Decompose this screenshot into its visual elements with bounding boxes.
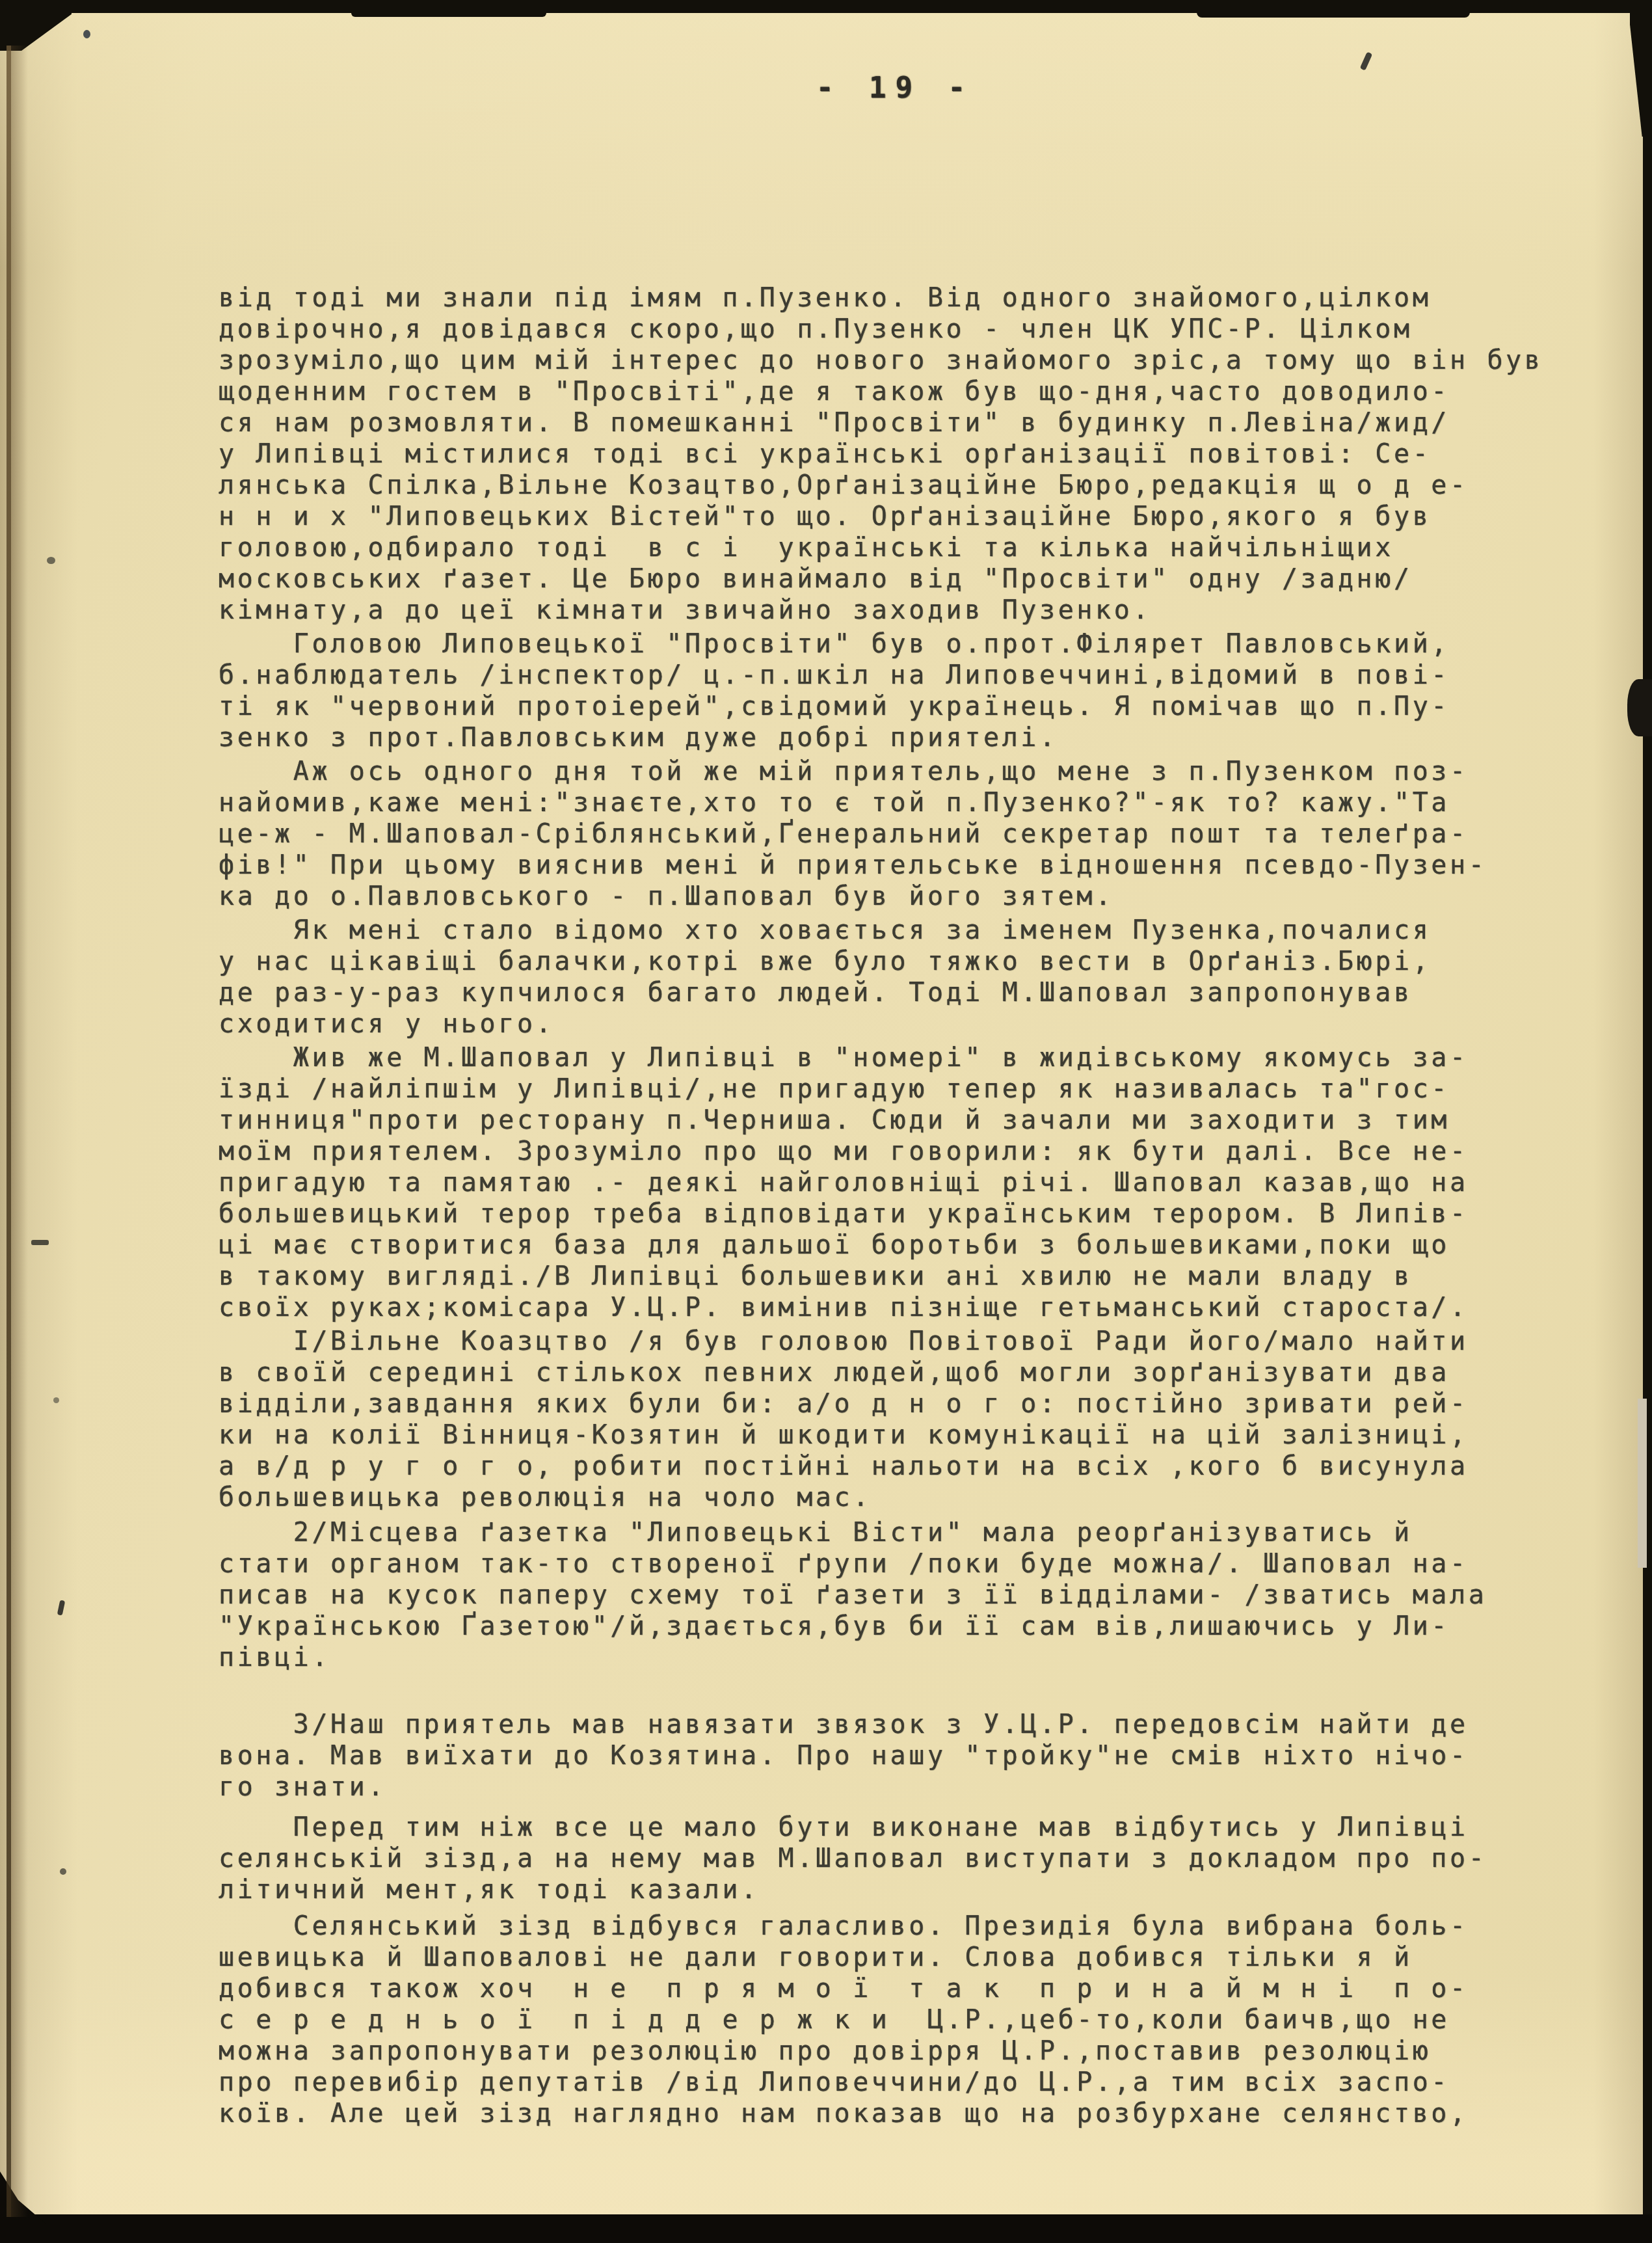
scan-edge-top-bump (1197, 12, 1470, 18)
text-line: тинниця"проти ресторану п.Черниша. Сюди … (219, 1105, 1558, 1136)
scan-edge-top-bump (351, 12, 546, 17)
page-fold-shadow (11, 46, 28, 2217)
text-line: про перевибір депутатів /від Липовеччини… (219, 2067, 1558, 2098)
text-line: це-ж - М.Шаповал-Сріблянський,Ґенеральни… (219, 818, 1558, 850)
text-line: Жив же М.Шаповал у Липівці в "номері" в … (219, 1042, 1558, 1073)
text-line: шевицька й Шаповалові не дали говорити. … (219, 1942, 1558, 1973)
text-line: лянська Спілка,Вільне Козацтво,Орґанізац… (219, 470, 1558, 501)
text-line: найомив,каже мені:"знаєте,хто то є той п… (219, 787, 1558, 818)
text-line: селянській зізд,а на нему мав М.Шаповал … (219, 1843, 1558, 1874)
scan-edge-top (0, 0, 1652, 13)
text-line: большевицька революція на чоло мас. (219, 1482, 1558, 1513)
text-line: у Липівці містилися тоді всі українські … (219, 438, 1558, 470)
text-line: зенко з прот.Павловським дуже добрі прия… (219, 722, 1558, 753)
text-line: а в/д р у г о г о, робити постійні нальо… (219, 1451, 1558, 1482)
text-line: го знати. (219, 1771, 1558, 1803)
text-line: щоденним гостем в "Просвіті",де я також … (219, 376, 1558, 407)
text-line: довірочно,я довідався скоро,що п.Пузенко… (219, 314, 1558, 345)
text-line: стати органом так-то створеної ґрупи /по… (219, 1548, 1558, 1579)
text-line: Як мені стало відомо хто ховається за ім… (219, 915, 1558, 946)
text-line: можна запропонувати резолюцію про довірр… (219, 2035, 1558, 2067)
page-number: - 19 - (816, 72, 974, 105)
text-line: большевицький терор треба відповідати ук… (219, 1198, 1558, 1229)
text-line: від тоді ми знали під імям п.Пузенко. Ві… (219, 282, 1558, 314)
ink-speck (60, 1868, 66, 1875)
text-line: півці. (219, 1642, 1558, 1673)
scan-edge-sliver (1638, 1399, 1647, 1568)
text-line: зрозуміло,що цим мій інтерес до нового з… (219, 345, 1558, 376)
text-line: добився також хоч н е п р я м о ї т а к … (219, 1973, 1558, 2004)
ink-speck (31, 1240, 49, 1245)
text-line: своїх руках;комісара У.Ц.Р. вимінив пізн… (219, 1292, 1558, 1323)
text-line: Перед тим ніж все це мало бути виконане … (219, 1812, 1558, 1843)
text-line: їзді /найліпшім у Липівці/,не пригадую т… (219, 1073, 1558, 1105)
text-line: у нас цікавіщі балачки,котрі вже було тя… (219, 946, 1558, 977)
text-line: 2/Місцева ґазетка "Липовецькі Вісти" мал… (219, 1517, 1558, 1548)
text-line: ка до о.Павловського - п.Шаповал був йог… (219, 881, 1558, 912)
text-line: ті як "червоний протоіерей",свідомий укр… (219, 691, 1558, 722)
text-line: Головою Липовецької "Просвіти" був о.про… (219, 628, 1558, 660)
text-line: ки на колії Вінниця-Козятин й шкодити ко… (219, 1419, 1558, 1451)
text-line: фів!" При цьому вияснив мені й приятельс… (219, 850, 1558, 881)
text-line: 3/Наш приятель мав навязати звязок з У.Ц… (219, 1709, 1558, 1740)
ink-speck (57, 1600, 66, 1615)
text-line: кімнату,а до цеї кімнати звичайно заходи… (219, 595, 1558, 626)
text-line: коїв. Але цей зізд наглядно нам показав … (219, 2098, 1558, 2129)
text-line: ся нам розмовляти. В помешканні "Просвіт… (219, 407, 1558, 438)
text-line: в своїй середині стількох певних людей,щ… (219, 1357, 1558, 1388)
text-line: н н и х "Липовецьких Вістей"то що. Орґан… (219, 501, 1558, 532)
text-line: моїм приятелем. Зрозуміло про що ми гово… (219, 1136, 1558, 1167)
text-line: писав на кусок паперу схему тої ґазети з… (219, 1579, 1558, 1611)
text-line: с е р е д н ь о ї п і д д е р ж к и Ц.Р.… (219, 2004, 1558, 2035)
ink-speck (47, 557, 55, 564)
text-line: Селянський зізд відбувся галасливо. През… (219, 1911, 1558, 1942)
document-text: від тоді ми знали під імям п.Пузенко. Ві… (219, 282, 1558, 2129)
text-line: пригадую та памятаю .- деякі найголовніщ… (219, 1167, 1558, 1198)
text-line: Аж ось одного дня той же мій приятель,що… (219, 756, 1558, 787)
text-line: ці має створитися база для дальшої борот… (219, 1229, 1558, 1261)
text-line: в такому вигляді./В Липівці большевики а… (219, 1261, 1558, 1292)
scan-corner-top-left (0, 0, 72, 51)
text-line: б.наблюдатель /інспектор/ ц.-п.шкіл на Л… (219, 660, 1558, 691)
text-line: відділи,завдання яких були би: а/о д н о… (219, 1388, 1558, 1419)
ink-speck (1360, 51, 1373, 70)
text-line: літичний мент,як тоді казали. (219, 1874, 1558, 1905)
ink-speck (53, 1397, 59, 1403)
page-fold-line (7, 46, 11, 2217)
text-line: вона. Мав виїхати до Козятина. Про нашу … (219, 1740, 1558, 1771)
text-line: де раз-у-раз купчилося багато людей. Тод… (219, 977, 1558, 1008)
text-line: "Українською Ґазетою"/й,здається,був би … (219, 1611, 1558, 1642)
ink-speck (83, 30, 90, 38)
scanned-page: - 19 - від тоді ми знали під імям п.Пузе… (0, 0, 1652, 2243)
text-line: сходитися у нього. (219, 1008, 1558, 1040)
text-line: московських ґазет. Це Бюро винаймало від… (219, 563, 1558, 595)
scan-edge-blob (1627, 679, 1652, 736)
scan-edge-right (1643, 0, 1652, 2243)
text-line: І/Вільне Коазцтво /я був головою Повітов… (219, 1326, 1558, 1357)
scan-edge-bottom (0, 2214, 1652, 2243)
text-line: головою,одбирало тоді в с і українські т… (219, 532, 1558, 563)
